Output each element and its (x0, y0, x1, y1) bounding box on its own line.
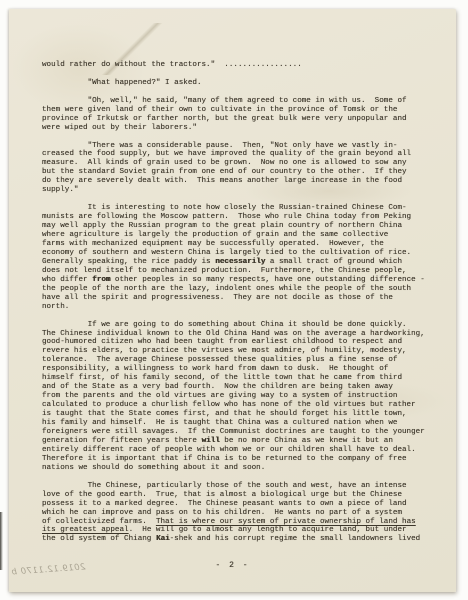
overstruck-text: will (202, 437, 220, 445)
typed-line: his family and himself. He is taught tha… (42, 419, 447, 428)
typed-line: "Oh, well," he said, "many of them agree… (42, 97, 447, 106)
typed-text-body: would rather do without the tractors." .… (42, 61, 447, 553)
paragraph: The Chinese, particularly those of the s… (42, 482, 447, 545)
typed-line: calculated to produce a churlish fellow … (42, 401, 447, 410)
typed-line: were wiped out by their laborers." (42, 124, 447, 133)
typed-line: but the standard Soviet grain from one e… (42, 168, 447, 177)
underlined-text: its greatest appeal (42, 526, 129, 534)
paper-sheet: would rather do without the tractors." .… (9, 9, 456, 592)
typed-line: from the parents and the old virtues are… (42, 392, 447, 401)
overstruck-text: from (92, 276, 110, 284)
paragraph: "What happened?" I asked. (42, 79, 447, 88)
typed-text-segment: . He will go to almost any length to acq… (129, 526, 407, 534)
typed-line: the people of the north are the lazy, in… (42, 285, 447, 294)
typed-line: It is interesting to note how closely th… (42, 204, 447, 213)
typed-line: farms with mechanized equipment may be s… (42, 240, 447, 249)
typed-line: is taught that the State comes first, an… (42, 410, 447, 419)
typed-line: province of Irkutsk or farther north, bu… (42, 115, 447, 124)
paragraph: If we are going to do something about Ch… (42, 321, 447, 473)
typed-line: possess it to a marked degree. The Chine… (42, 500, 447, 509)
typed-text-segment: a small tract of ground which (265, 258, 402, 266)
typed-line: do they are severely dealt with. This me… (42, 177, 447, 186)
typed-text-segment: other peoples in so many respects, have … (110, 276, 424, 284)
typed-line: "What happened?" I asked. (42, 79, 447, 88)
typed-text-segment: be no more China as we knew it but an (220, 437, 393, 445)
typed-text-segment: Generally speaking, the rice paddy is (42, 258, 215, 266)
typed-line: where agriculture is largely the product… (42, 231, 447, 240)
scan-edge-shadow (0, 512, 3, 570)
overstruck-text: necessarily (215, 258, 265, 266)
typed-line: Generally speaking, the rice paddy is ne… (42, 258, 447, 267)
typed-line: himself first, of his family second, of … (42, 374, 447, 383)
paragraph: would rather do without the tractors." .… (42, 61, 447, 70)
typed-line: the old system of Chiang Kai-shek and hi… (42, 535, 447, 544)
typed-line: entirely different race of people with w… (42, 446, 447, 455)
paragraph: "There was a considerable pause. Then, "… (42, 142, 447, 196)
typed-line: which he can improve and pass on to his … (42, 509, 447, 518)
paragraph: "Oh, well," he said, "many of them agree… (42, 97, 447, 133)
typed-line: nations we should do something about it … (42, 464, 447, 473)
typed-line: munists are following the Moscow pattern… (42, 213, 447, 222)
underlined-text: That is where our system of private owne… (156, 518, 416, 526)
typed-line: who differ from other peoples in so many… (42, 276, 447, 285)
typed-line: responsibility, a willingness to work ha… (42, 365, 447, 374)
typed-text-segment: the old system of Chiang (42, 535, 156, 543)
typed-text-segment: -shek and his corrupt regime the small l… (170, 535, 421, 543)
typed-line: tolerance. The average Chinese possessed… (42, 356, 447, 365)
typed-text-segment: who differ (42, 276, 92, 284)
typed-line: and of the State as a very bad fourth. N… (42, 383, 447, 392)
typed-line: does not lend itself to mechanized produ… (42, 267, 447, 276)
typed-line: love of the good earth. True, that is al… (42, 491, 447, 500)
typed-line: have all the spirit and progressiveness.… (42, 294, 447, 303)
typed-line: would rather do without the tractors." .… (42, 61, 447, 70)
overstruck-text: Kai (156, 535, 170, 543)
typed-line: foreigners were still savages. If the Co… (42, 428, 447, 437)
typed-line: supply." (42, 186, 447, 195)
paragraph: It is interesting to note how closely th… (42, 204, 447, 311)
typed-text-segment: generation for fifteen years there (42, 437, 202, 445)
typed-text-segment: of collectivized farms. (42, 518, 156, 526)
typed-line: Therefore it is important that if China … (42, 455, 447, 464)
typed-line: economy of southern and western China is… (42, 249, 447, 258)
typed-line: The Chinese, particularly those of the s… (42, 482, 447, 491)
typed-line: them were given land of their own to cul… (42, 106, 447, 115)
typed-line: may well apply the Russian program to th… (42, 222, 447, 231)
typed-line: generation for fifteen years there will … (42, 437, 447, 446)
typed-line: north. (42, 303, 447, 312)
typed-line: If we are going to do something about Ch… (42, 321, 447, 330)
